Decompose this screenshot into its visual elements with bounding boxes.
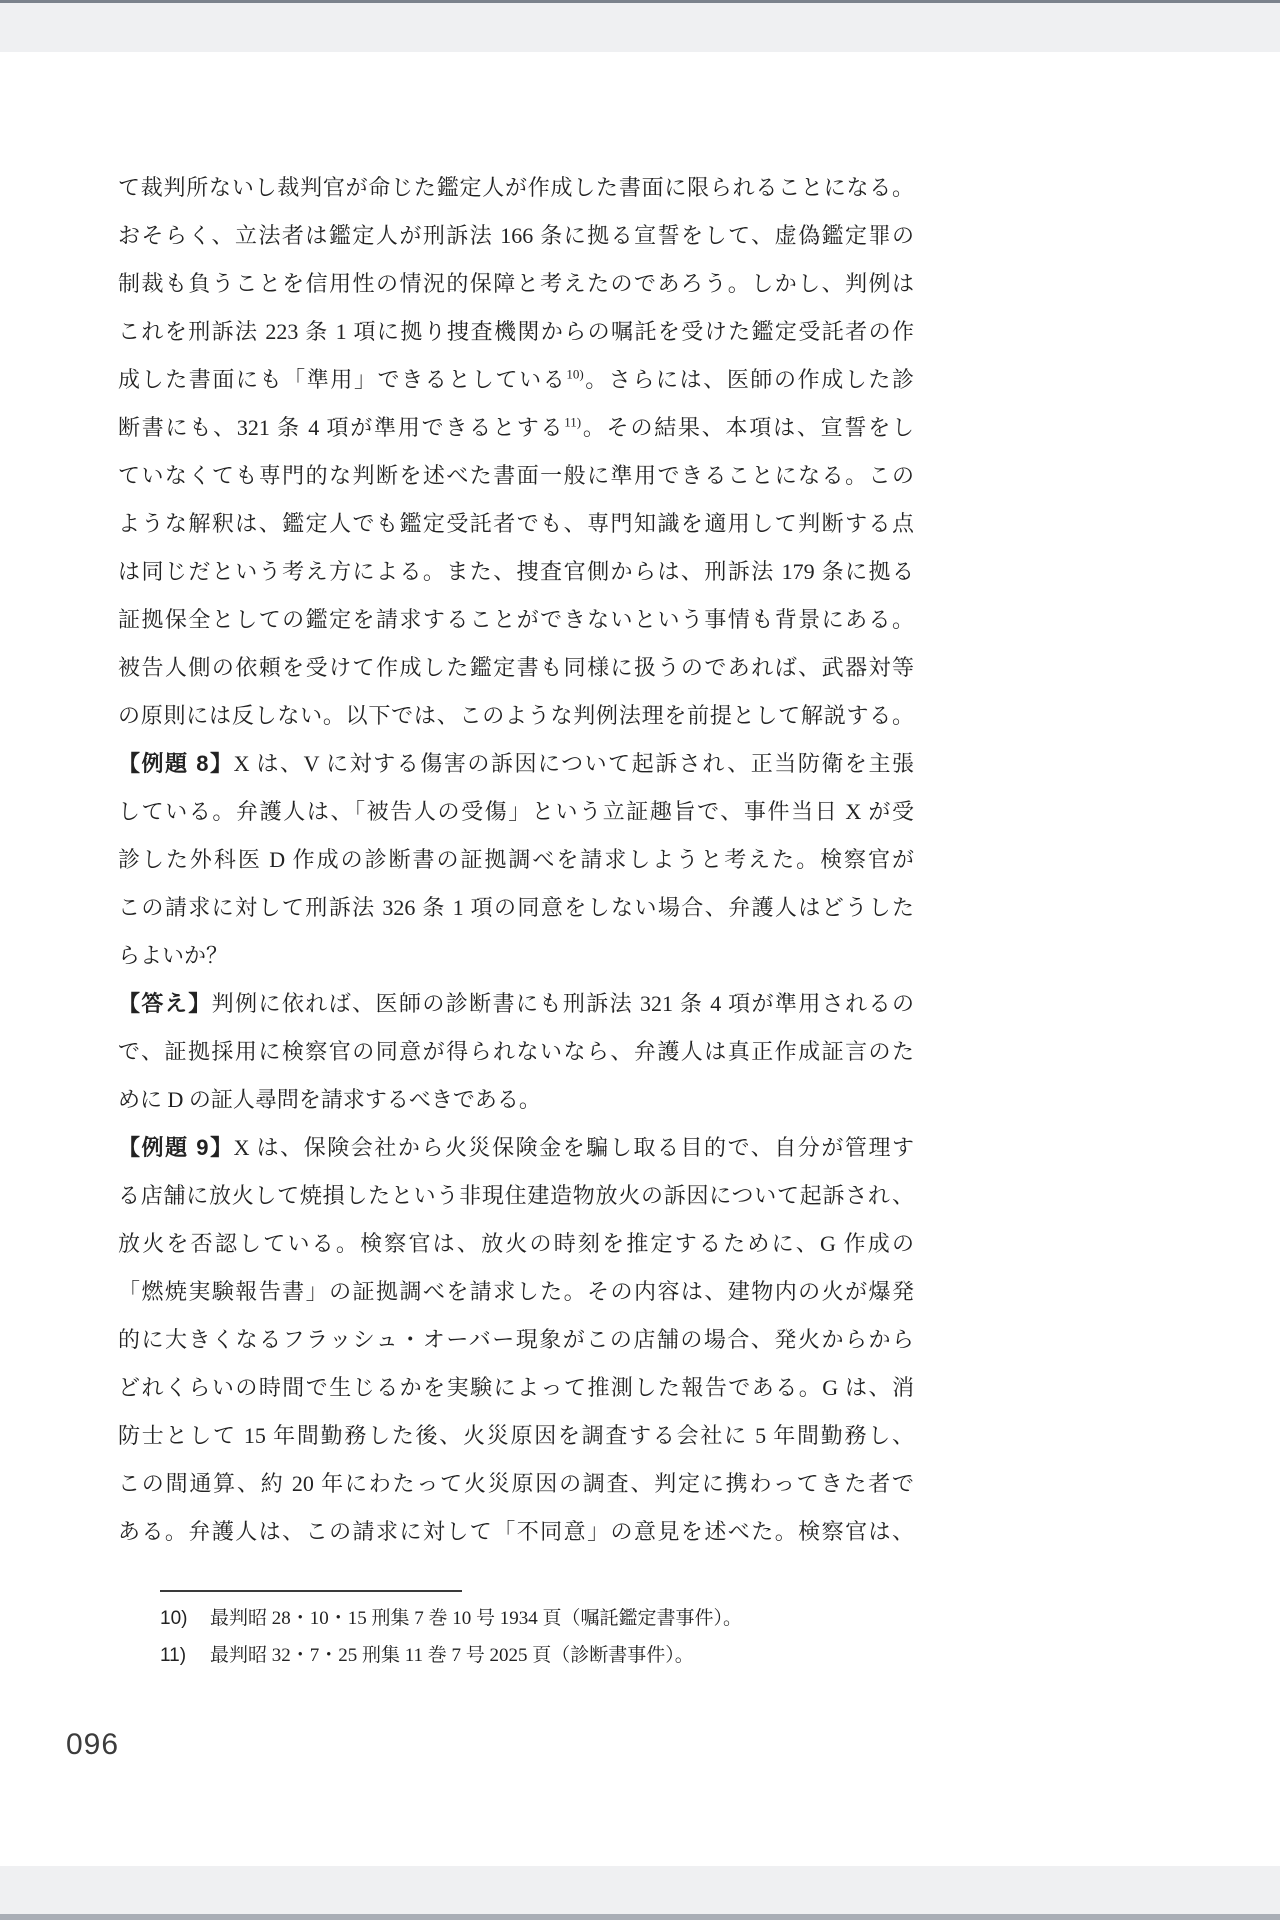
- text-line: している。弁護人は、「被告人の受傷」という立証趣旨で、事件当日 X が受: [118, 788, 914, 836]
- footnote: 11)最判昭 32・7・25 刑集 11 巻 7 号 2025 頁（診断書事件）…: [160, 1637, 920, 1674]
- text-segment: は同じだという考え方による。また、捜査官側からは、刑訴法 179 条に拠る: [118, 559, 914, 584]
- footnote-ref: 10): [566, 367, 583, 382]
- text-line: は同じだという考え方による。また、捜査官側からは、刑訴法 179 条に拠る: [118, 548, 914, 596]
- text-segment: 。さらには、医師の作成した診: [584, 367, 914, 392]
- text-segment: X は、保険会社から火災保険金を騙し取る目的で、自分が管理す: [234, 1135, 914, 1160]
- text-line: の原則には反しない。以下では、このような判例法理を前提として解説する。: [118, 692, 914, 740]
- text-line: 防士として 15 年間勤務した後、火災原因を調査する会社に 5 年間勤務し、: [118, 1412, 914, 1460]
- text-line: 【例題 8】X は、V に対する傷害の訴因について起訴され、正当防衛を主張: [118, 740, 914, 788]
- text-line: 制裁も負うことを信用性の情況的保障と考えたのであろう。しかし、判例は: [118, 260, 914, 308]
- text-line: 成した書面にも「準用」できるとしている10)。さらには、医師の作成した診: [118, 356, 914, 404]
- text-segment: ような解釈は、鑑定人でも鑑定受託者でも、専門知識を適用して判断する点: [118, 511, 914, 536]
- text-line: 【例題 9】X は、保険会社から火災保険金を騙し取る目的で、自分が管理す: [118, 1124, 914, 1172]
- footnote-text: 最判昭 28・10・15 刑集 7 巻 10 号 1934 頁（嘱託鑑定書事件）…: [210, 1600, 920, 1637]
- footnote-number: 11): [160, 1637, 210, 1674]
- text-segment: 成した書面にも「準用」できるとしている: [118, 367, 566, 392]
- top-scan-band: [0, 0, 1280, 52]
- text-line: この間通算、約 20 年にわたって火災原因の調査、判定に携わってきた者で: [118, 1460, 914, 1508]
- text-segment: 被告人側の依頼を受けて作成した鑑定書も同様に扱うのであれば、武器対等: [118, 655, 914, 680]
- text-segment: 放火を否認している。検察官は、放火の時刻を推定するために、G 作成の: [118, 1231, 914, 1256]
- text-segment: X は、V に対する傷害の訴因について起訴され、正当防衛を主張: [234, 751, 914, 776]
- text-line: 断書にも、321 条 4 項が準用できるとする11)。その結果、本項は、宣誓をし: [118, 404, 914, 452]
- text-segment: 判例に依れば、医師の診断書にも刑訴法 321 条 4 項が準用されるの: [212, 991, 914, 1016]
- text-segment: この間通算、約 20 年にわたって火災原因の調査、判定に携わってきた者で: [118, 1471, 914, 1496]
- footnote-ref: 11): [564, 415, 581, 430]
- text-segment: 断書にも、321 条 4 項が準用できるとする: [118, 415, 564, 440]
- text-line: 証拠保全としての鑑定を請求することができないという事情も背景にある。: [118, 596, 914, 644]
- text-segment: 「燃焼実験報告書」の証拠調べを請求した。その内容は、建物内の火が爆発: [118, 1279, 914, 1304]
- text-line: ていなくても専門的な判断を述べた書面一般に準用できることになる。この: [118, 452, 914, 500]
- bottom-scan-band: [0, 1866, 1280, 1920]
- text-line: 【答え】判例に依れば、医師の診断書にも刑訴法 321 条 4 項が準用されるの: [118, 980, 914, 1028]
- text-segment: る店舗に放火して焼損したという非現住建造物放火の訴因について起訴され、: [118, 1183, 914, 1208]
- text-line: 被告人側の依頼を受けて作成した鑑定書も同様に扱うのであれば、武器対等: [118, 644, 914, 692]
- paragraph-header: 【答え】: [118, 991, 212, 1016]
- text-line: る店舗に放火して焼損したという非現住建造物放火の訴因について起訴され、: [118, 1172, 914, 1220]
- text-line: ような解釈は、鑑定人でも鑑定受託者でも、専門知識を適用して判断する点: [118, 500, 914, 548]
- footnote-divider: [160, 1590, 462, 1592]
- text-segment: で、証拠採用に検察官の同意が得られないなら、弁護人は真正作成証言のた: [118, 1039, 914, 1064]
- paragraph-header: 【例題 9】: [118, 1135, 234, 1160]
- text-segment: ある。弁護人は、この請求に対して「不同意」の意見を述べた。検察官は、: [118, 1519, 914, 1544]
- text-segment: らよいか？: [118, 943, 228, 968]
- text-segment: この請求に対して刑訴法 326 条 1 項の同意をしない場合、弁護人はどうした: [118, 895, 914, 920]
- text-line: て裁判所ないし裁判官が命じた鑑定人が作成した書面に限られることになる。: [118, 164, 914, 212]
- text-line: どれくらいの時間で生じるかを実験によって推測した報告である。G は、消: [118, 1364, 914, 1412]
- text-line: 放火を否認している。検察官は、放火の時刻を推定するために、G 作成の: [118, 1220, 914, 1268]
- text-segment: どれくらいの時間で生じるかを実験によって推測した報告である。G は、消: [118, 1375, 914, 1400]
- text-line: めに D の証人尋問を請求するべきである。: [118, 1076, 914, 1124]
- text-segment: て裁判所ないし裁判官が命じた鑑定人が作成した書面に限られることになる。: [118, 175, 914, 200]
- text-segment: している。弁護人は、「被告人の受傷」という立証趣旨で、事件当日 X が受: [118, 799, 914, 824]
- page-number: 096: [66, 1728, 119, 1762]
- footnote-text: 最判昭 32・7・25 刑集 11 巻 7 号 2025 頁（診断書事件）。: [210, 1637, 920, 1674]
- text-segment: 制裁も負うことを信用性の情況的保障と考えたのであろう。しかし、判例は: [118, 271, 914, 296]
- text-line: らよいか？: [118, 932, 914, 980]
- footnote-number: 10): [160, 1600, 210, 1637]
- text-segment: 防士として 15 年間勤務した後、火災原因を調査する会社に 5 年間勤務し、: [118, 1423, 914, 1448]
- body-text: て裁判所ないし裁判官が命じた鑑定人が作成した書面に限られることになる。おそらく、…: [118, 164, 914, 1556]
- text-segment: ていなくても専門的な判断を述べた書面一般に準用できることになる。この: [118, 463, 914, 488]
- text-segment: これを刑訴法 223 条 1 項に拠り捜査機関からの嘱託を受けた鑑定受託者の作: [118, 319, 914, 344]
- text-segment: めに D の証人尋問を請求するべきである。: [118, 1087, 541, 1112]
- text-line: おそらく、立法者は鑑定人が刑訴法 166 条に拠る宣誓をして、虚偽鑑定罪の: [118, 212, 914, 260]
- text-line: 診した外科医 D 作成の診断書の証拠調べを請求しようと考えた。検察官が: [118, 836, 914, 884]
- text-line: これを刑訴法 223 条 1 項に拠り捜査機関からの嘱託を受けた鑑定受託者の作: [118, 308, 914, 356]
- text-line: この請求に対して刑訴法 326 条 1 項の同意をしない場合、弁護人はどうした: [118, 884, 914, 932]
- text-segment: 的に大きくなるフラッシュ・オーバー現象がこの店舗の場合、発火からから: [118, 1327, 914, 1352]
- text-segment: 証拠保全としての鑑定を請求することができないという事情も背景にある。: [118, 607, 914, 632]
- text-line: 的に大きくなるフラッシュ・オーバー現象がこの店舗の場合、発火からから: [118, 1316, 914, 1364]
- text-segment: の原則には反しない。以下では、このような判例法理を前提として解説する。: [118, 703, 914, 728]
- text-segment: 。その結果、本項は、宣誓をし: [581, 415, 914, 440]
- footnote-list: 10)最判昭 28・10・15 刑集 7 巻 10 号 1934 頁（嘱託鑑定書…: [160, 1600, 920, 1674]
- footnote: 10)最判昭 28・10・15 刑集 7 巻 10 号 1934 頁（嘱託鑑定書…: [160, 1600, 920, 1637]
- text-line: で、証拠採用に検察官の同意が得られないなら、弁護人は真正作成証言のた: [118, 1028, 914, 1076]
- text-line: 「燃焼実験報告書」の証拠調べを請求した。その内容は、建物内の火が爆発: [118, 1268, 914, 1316]
- paragraph-header: 【例題 8】: [118, 751, 234, 776]
- text-line: ある。弁護人は、この請求に対して「不同意」の意見を述べた。検察官は、: [118, 1508, 914, 1556]
- text-segment: 診した外科医 D 作成の診断書の証拠調べを請求しようと考えた。検察官が: [118, 847, 914, 872]
- text-segment: おそらく、立法者は鑑定人が刑訴法 166 条に拠る宣誓をして、虚偽鑑定罪の: [118, 223, 914, 248]
- footnotes-section: 10)最判昭 28・10・15 刑集 7 巻 10 号 1934 頁（嘱託鑑定書…: [160, 1590, 920, 1674]
